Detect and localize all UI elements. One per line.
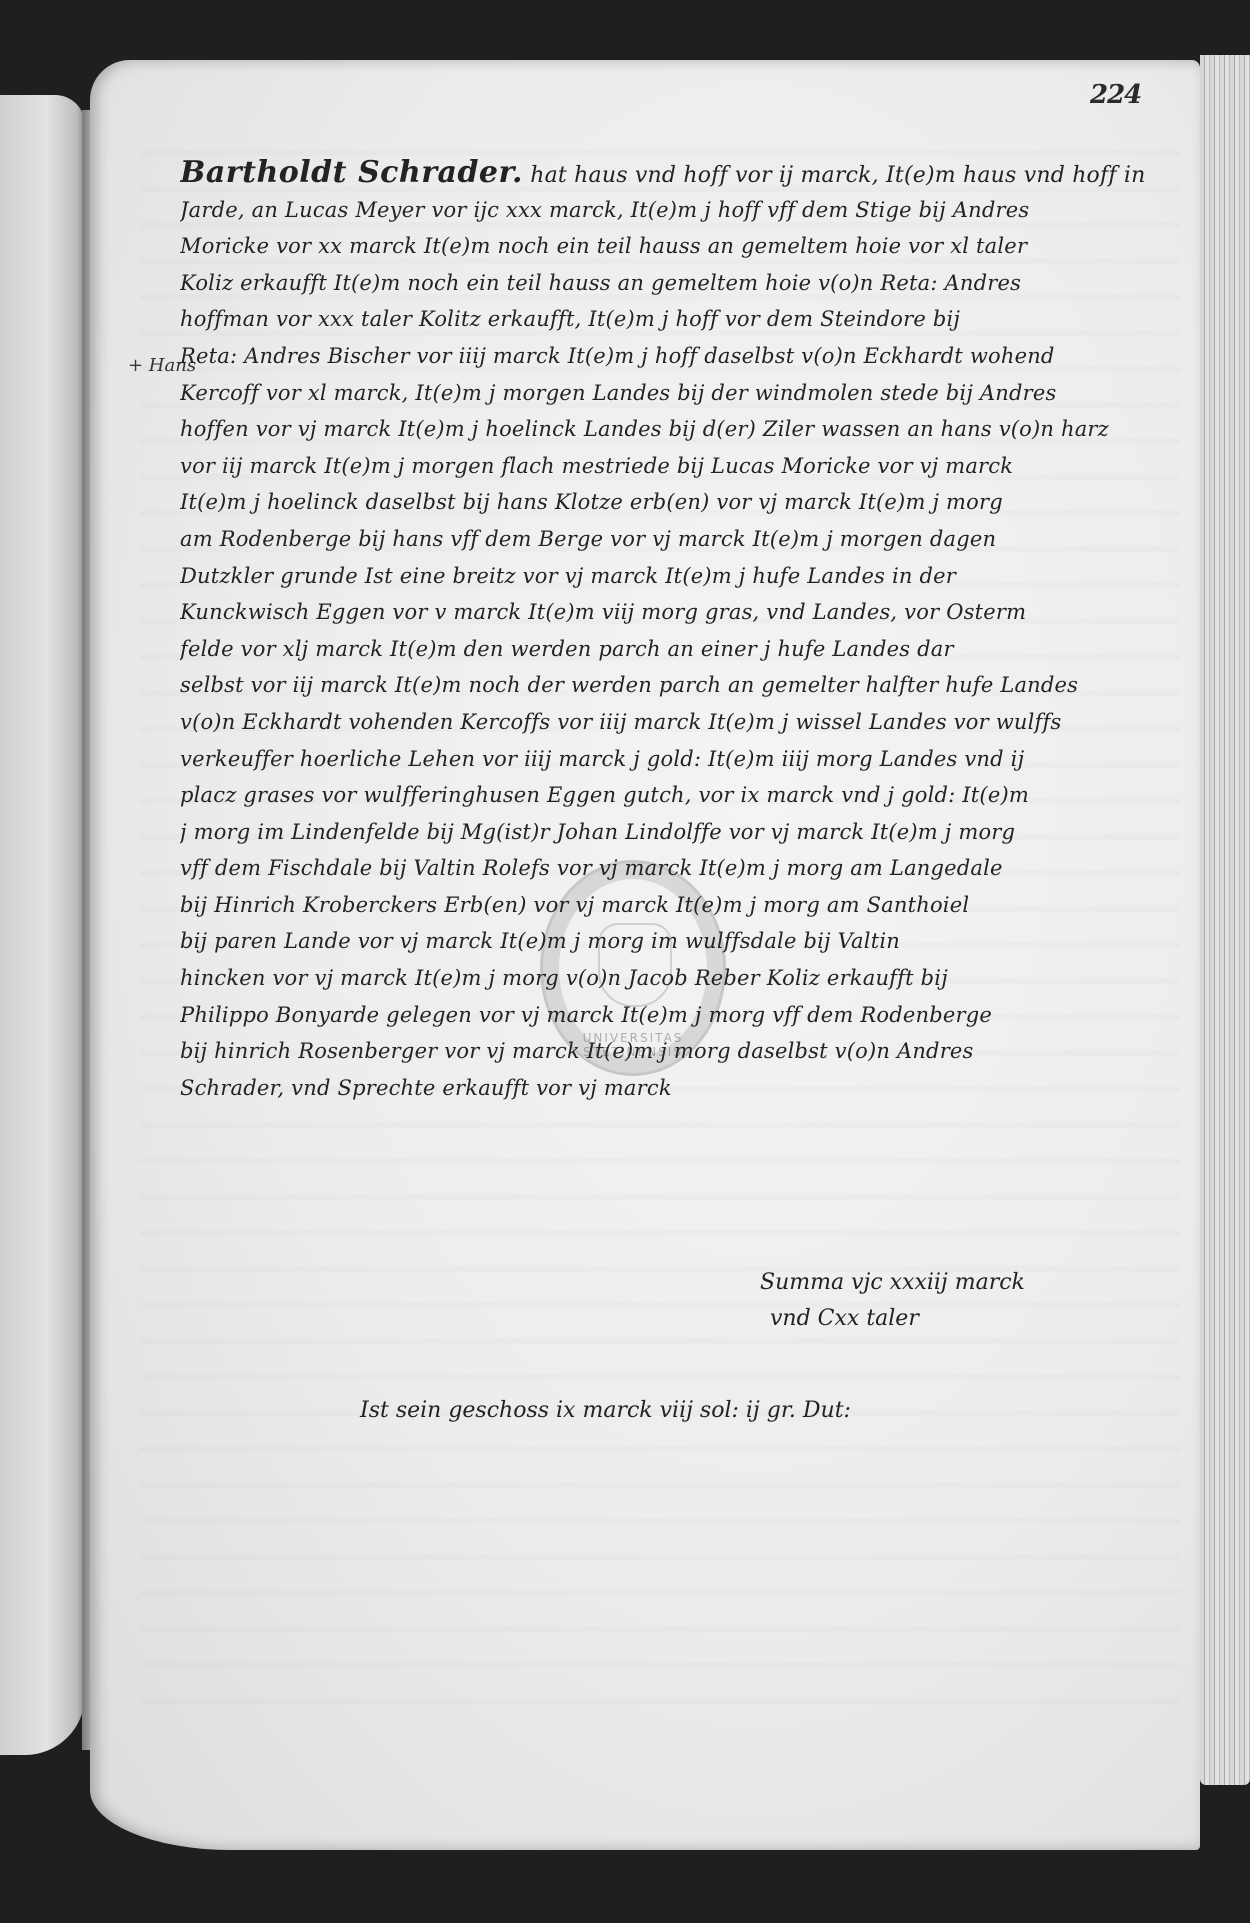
- text-line: selbst vor iij marck It(e)m noch der wer…: [180, 667, 1190, 704]
- sum-line-taler: vnd Cxx taler: [760, 1301, 1025, 1337]
- text-line: vor iij marck It(e)m j morgen flach mest…: [180, 448, 1190, 485]
- left-page-edge: [0, 95, 85, 1755]
- text-line: j morg im Lindenfelde bij Mg(ist)r Johan…: [180, 814, 1190, 851]
- text-line: Bartholdt Schrader. hat haus vnd hoff vo…: [180, 155, 1190, 192]
- text-line: bij paren Lande vor vj marck It(e)m j mo…: [180, 923, 1190, 960]
- text-line: felde vor xlj marck It(e)m den werden pa…: [180, 631, 1190, 668]
- text-line: Kercoff vor xl marck, It(e)m j morgen La…: [180, 375, 1190, 412]
- manuscript-text: Bartholdt Schrader. hat haus vnd hoff vo…: [180, 155, 1190, 1106]
- text-line: Kunckwisch Eggen vor v marck It(e)m viij…: [180, 594, 1190, 631]
- text-line: bij Hinrich Kroberckers Erb(en) vor vj m…: [180, 887, 1190, 924]
- text-line: Jarde, an Lucas Meyer vor ijc xxx marck,…: [180, 192, 1190, 229]
- text-line: hoffman vor xxx taler Kolitz erkaufft, I…: [180, 301, 1190, 338]
- text-line: Koliz erkaufft It(e)m noch ein teil haus…: [180, 265, 1190, 302]
- text-line: Schrader, vnd Sprechte erkaufft vor vj m…: [180, 1070, 1190, 1107]
- text-line: Dutzkler grunde Ist eine breitz vor vj m…: [180, 558, 1190, 595]
- text-line: Philippo Bonyarde gelegen vor vj marck I…: [180, 997, 1190, 1034]
- text-line: vff dem Fischdale bij Valtin Rolefs vor …: [180, 850, 1190, 887]
- text-line: It(e)m j hoelinck daselbst bij hans Klot…: [180, 484, 1190, 521]
- sum-line-marks: Summa vjc xxxiij marck: [760, 1265, 1025, 1301]
- tax-total-line: Ist sein geschoss ix marck viij sol: ij …: [360, 1398, 851, 1423]
- text-line: placz grases vor wulfferinghusen Eggen g…: [180, 777, 1190, 814]
- text-line: Reta: Andres Bischer vor iiij marck It(e…: [180, 338, 1190, 375]
- text-line: v(o)n Eckhardt vohenden Kercoffs vor iii…: [180, 704, 1190, 741]
- sum-block: Summa vjc xxxiij marck vnd Cxx taler: [760, 1265, 1025, 1337]
- text-line: am Rodenberge bij hans vff dem Berge vor…: [180, 521, 1190, 558]
- text-line: verkeuffer hoerliche Lehen vor iiij marc…: [180, 741, 1190, 778]
- text-line: Moricke vor xx marck It(e)m noch ein tei…: [180, 228, 1190, 265]
- text-line: hincken vor vj marck It(e)m j morg v(o)n…: [180, 960, 1190, 997]
- entry-heading-name: Bartholdt Schrader.: [180, 155, 523, 190]
- text-line-content: hat haus vnd hoff vor ij marck, It(e)m h…: [530, 163, 1145, 188]
- text-line: bij hinrich Rosenberger vor vj marck It(…: [180, 1033, 1190, 1070]
- stacked-page-edges: [1200, 55, 1250, 1785]
- page-number: 224: [1090, 80, 1141, 110]
- text-line: hoffen vor vj marck It(e)m j hoelinck La…: [180, 411, 1190, 448]
